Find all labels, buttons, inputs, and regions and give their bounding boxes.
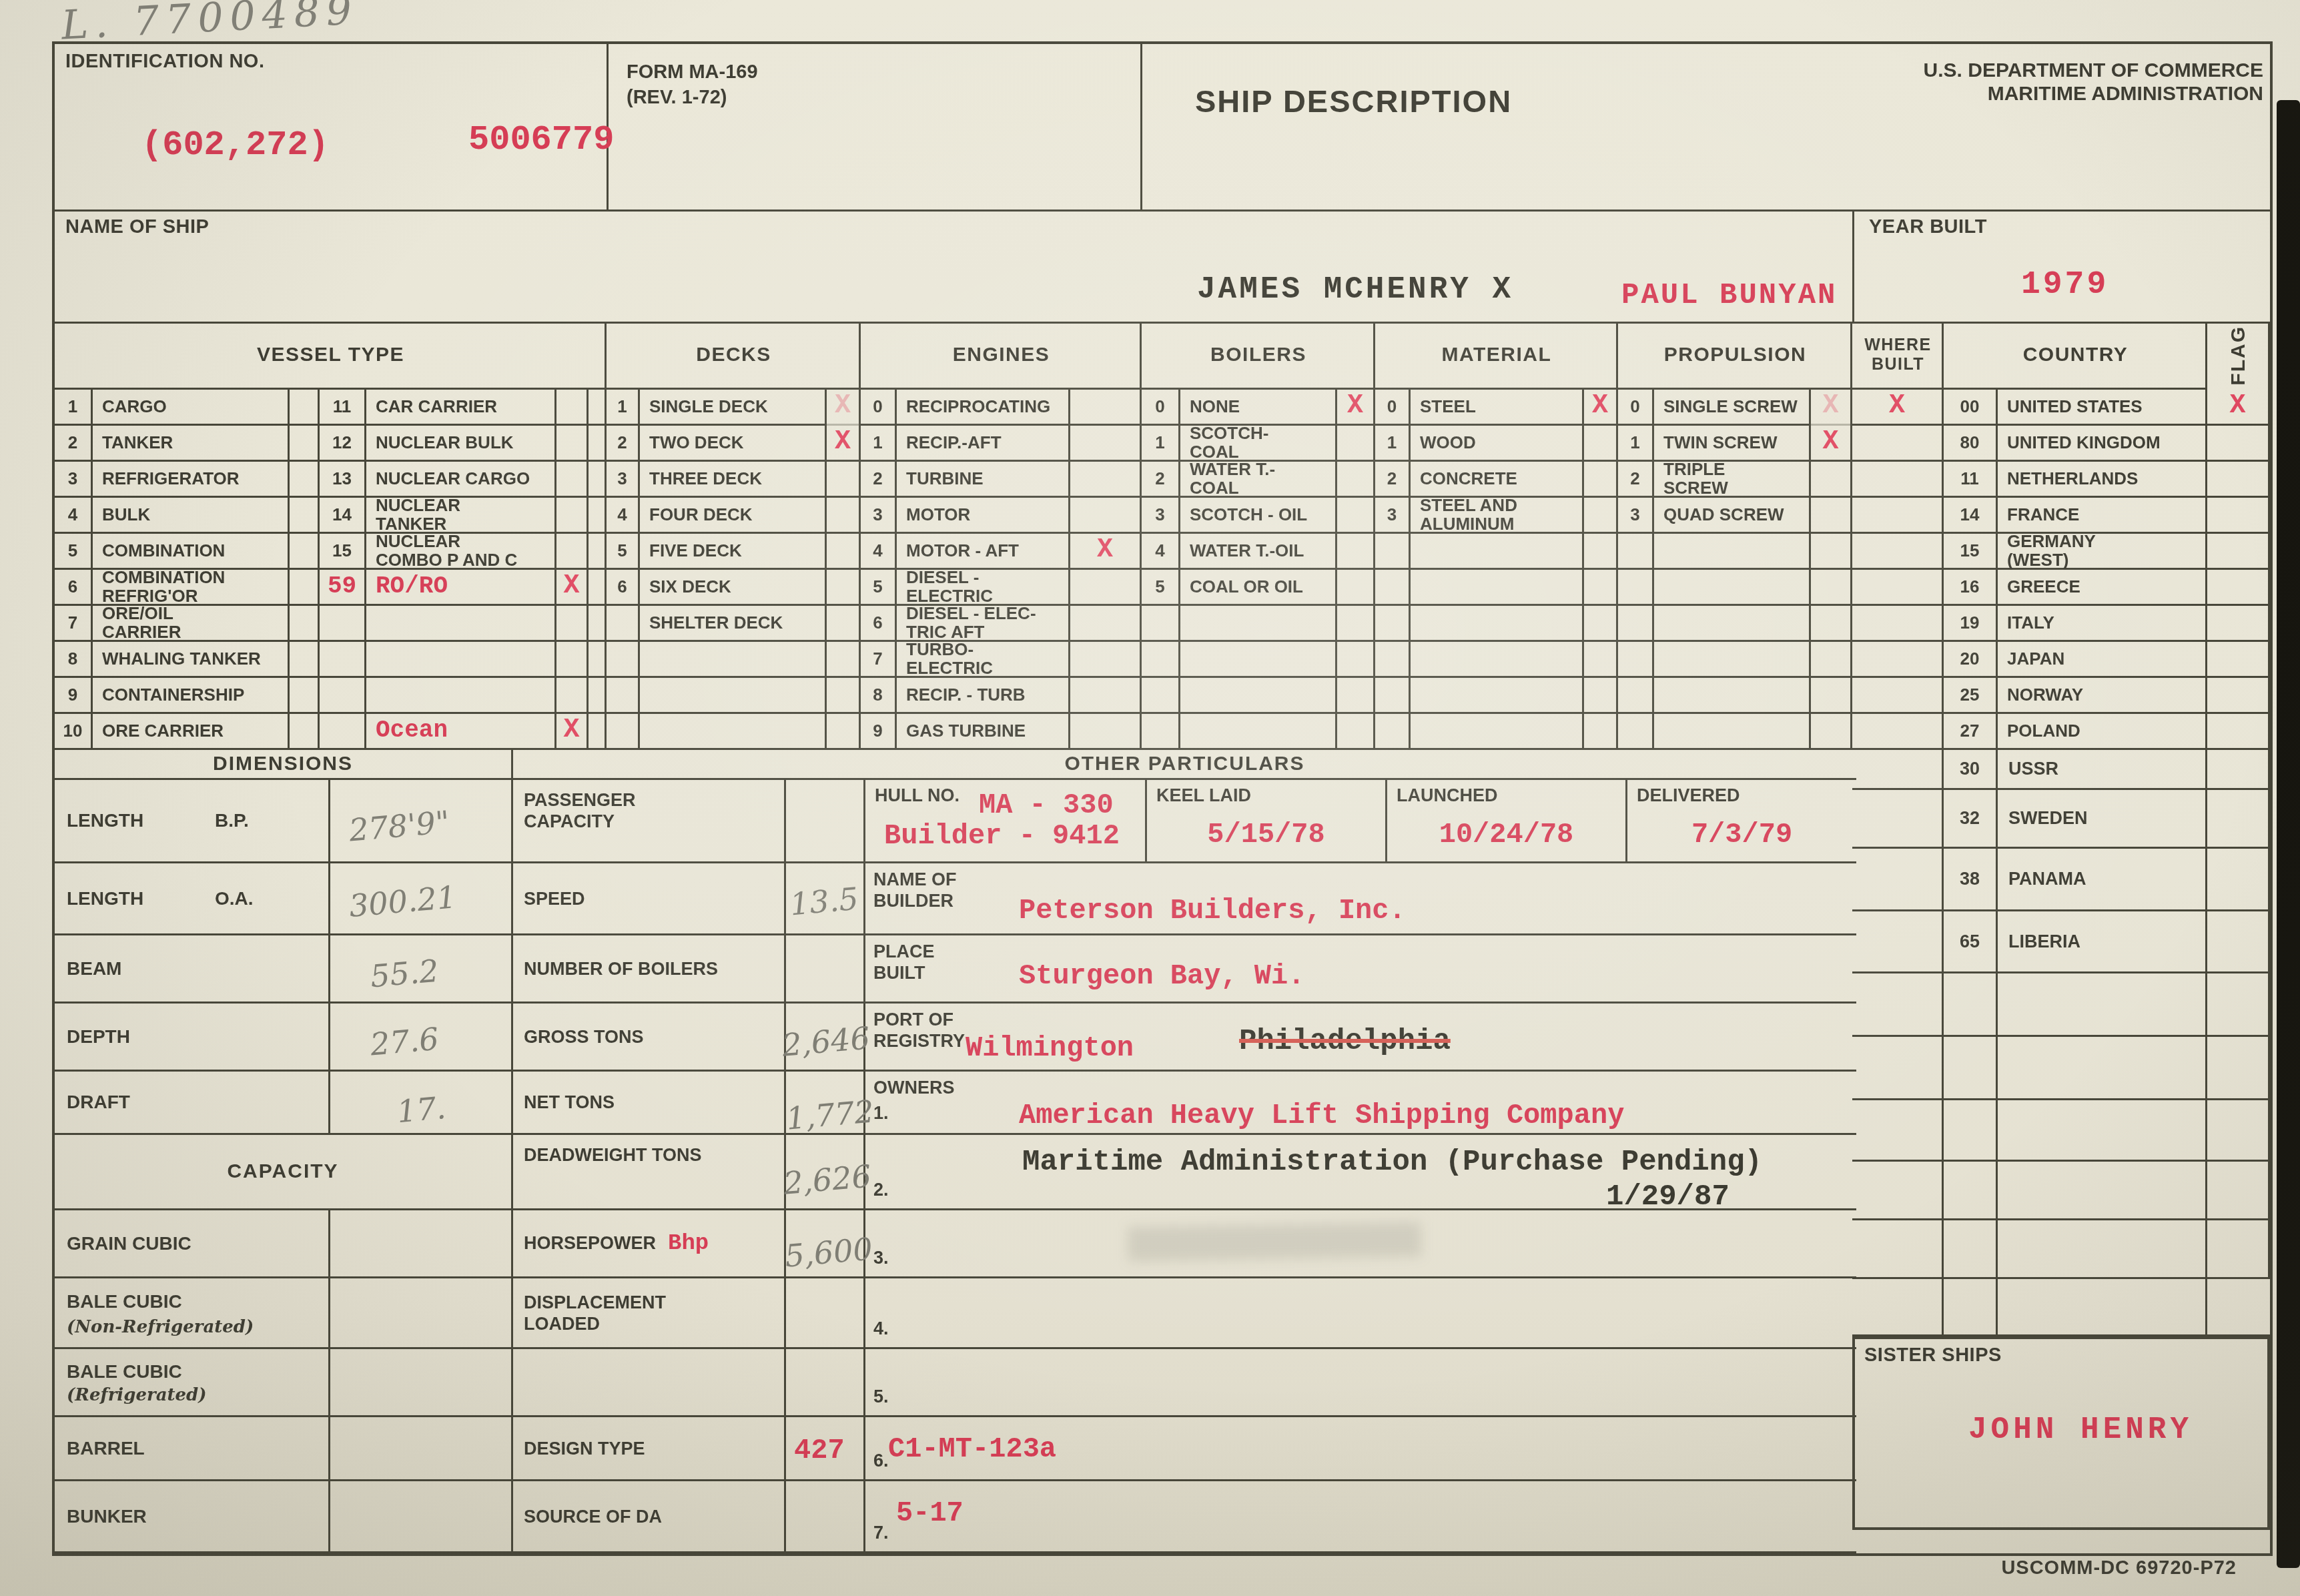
launched-label: LAUNCHED [1397,785,1498,806]
sister-ships-box: SISTER SHIPS JOHN HENRY [1852,1336,2270,1530]
table-cell-empty [1375,570,1411,606]
table-cell-empty [1375,714,1411,750]
delivered-cell: DELIVERED 7/3/79 [1627,780,1856,861]
horsepower-value-cell: 5,600 [786,1210,865,1278]
ship-description-form: IDENTIFICATION NO. (602,272) 5006779 FOR… [52,41,2273,1556]
owner-6-cell: 6. C1-MT-123a [865,1417,1856,1481]
table-cell: CONCRETE [1411,462,1584,498]
table-cell-empty [1654,570,1811,606]
table-cell-empty [589,606,607,642]
table-cell: SINGLE SCREW [1654,390,1811,426]
table-cell-empty [1944,1220,1998,1279]
length-bp-value-cell: 278'9" [330,780,513,863]
owner-7-cell: 7. 5-17 [865,1481,1856,1553]
launched-value: 10/24/78 [1439,819,1574,851]
table-cell-empty [1142,606,1180,642]
table-cell: UNITED STATES [1998,390,2207,426]
table-cell-empty [1337,642,1375,678]
design-type-label: DESIGN TYPE [524,1437,645,1459]
depth-value-cell: 27.6 [330,1004,513,1072]
table-cell-empty [320,714,366,750]
table-cell: FIVE DECK [640,534,827,570]
table-cell-empty [1852,498,1944,534]
owner-2-value: Maritime Administration (Purchase Pendin… [1022,1146,1762,1179]
table-cell-empty [1618,606,1654,642]
barrel-value-cell [330,1417,513,1481]
table-cell: USSR [1998,750,2207,790]
dimensions-header: DIMENSIONS [55,750,513,780]
table-cell: TWIN SCREW [1654,426,1811,462]
section-engines: ENGINES0RECIPROCATING1RECIP.-AFT2TURBINE… [861,322,1142,750]
table-cell: 4 [607,498,640,534]
table-cell: NORWAY [1998,678,2207,714]
column-header-whereBuilt: WHERE BUILT [1852,322,1944,390]
table-cell-empty [1337,606,1375,642]
hull-no-value-2: Builder - 9412 [884,820,1120,852]
column-header-country: COUNTRY [1944,322,2207,390]
table-cell-empty [607,642,640,678]
table-cell-empty [2207,1220,2270,1279]
table-cell-empty [1070,678,1142,714]
table-cell: NUCLEAR TANKER [366,498,556,534]
table-cell: FOUR DECK [640,498,827,534]
table-cell-empty [1852,606,1944,642]
section-flag: FLAGx [2207,322,2270,750]
table-cell-empty [290,570,320,606]
table-cell-empty [1654,606,1811,642]
table-cell-empty [366,642,556,678]
table-cell-empty [556,462,589,498]
table-cell: 25 [1944,678,1998,714]
length-bp-sub: B.P. [215,810,249,831]
blank-mid-cell [513,1349,786,1417]
sister-ships-label: SISTER SHIPS [1864,1344,2002,1366]
table-cell-empty [1411,534,1584,570]
table-cell-empty [556,390,589,426]
table-cell-empty [2207,1279,2270,1336]
table-cell: NUCLEAR COMBO P AND C [366,534,556,570]
table-cell-empty [556,498,589,534]
table-cell: WOOD [1411,426,1584,462]
table-cell-empty [1070,570,1142,606]
table-cell-empty [1618,678,1654,714]
table-cell: 11 [320,390,366,426]
table-cell-empty [589,678,607,714]
table-cell: BULK [93,498,290,534]
section-material: MATERIAL0STEELx1WOOD2CONCRETE3STEEL AND … [1375,322,1618,750]
table-cell: 5 [861,570,897,606]
check-mark-x: x [1852,390,1944,426]
table-cell-empty [1618,642,1654,678]
deadweight-tons-cell: DEADWEIGHT TONS [513,1135,786,1210]
table-cell-empty [2207,426,2270,462]
table-cell-empty [290,498,320,534]
check-mark-x: x [827,426,861,462]
table-cell-empty [827,642,861,678]
table-cell: 6 [55,570,93,606]
table-cell: QUAD SCREW [1654,498,1811,534]
port-of-registry-cell: PORT OF REGISTRY Wilmington Philadelphia [865,1004,1856,1072]
table-cell: 6 [861,606,897,642]
table-cell-empty [589,426,607,462]
table-cell-empty [1852,973,1944,1037]
table-cell-empty [290,462,320,498]
draft-label: DRAFT [67,1092,130,1113]
scanned-form-paper: L. 7700489 IDENTIFICATION NO. (602,272) … [0,0,2300,1596]
table-cell: DIESEL - ELECTRIC [897,570,1070,606]
horsepower-label-text: HORSEPOWER [524,1232,656,1252]
table-cell-empty [1852,750,1944,790]
table-cell-empty [1375,642,1411,678]
table-cell-empty [607,678,640,714]
owner-5-cell: 5. [865,1349,1856,1417]
number-of-boilers-value-cell [786,935,865,1004]
bale-cubic-nr-value-cell [330,1278,513,1349]
number-of-boilers-cell: NUMBER OF BOILERS [513,935,786,1004]
bale-cubic-nr-cell: BALE CUBIC (Non-Refrigerated) [55,1278,330,1349]
table-cell-empty [1584,534,1618,570]
horsepower-unit: Bhp [668,1230,709,1256]
table-cell-empty [607,606,640,642]
table-cell: TURBINE [897,462,1070,498]
table-cell-empty [589,390,607,426]
form-number-box: FORM MA-169 (REV. 1-72) [607,44,1142,212]
name-of-ship-label: NAME OF SHIP [65,216,209,238]
bale-cubic-nr-sub: (Non-Refrigerated) [67,1317,254,1337]
table-cell: 1 [861,426,897,462]
table-cell-empty [1998,1100,2207,1162]
table-cell-empty [1811,570,1852,606]
check-mark-x: x [1070,534,1142,570]
table-cell-empty [1852,790,1944,849]
horsepower-label: HORSEPOWERBhp [524,1230,709,1257]
section-propulsion: PROPULSION0SINGLE SCREWx1TWIN SCREWx2TRI… [1618,322,1852,750]
table-cell-empty [827,678,861,714]
table-cell-empty [1618,534,1654,570]
table-cell-empty [1411,714,1584,750]
owners-label: OWNERS [873,1077,955,1098]
table-cell: POLAND [1998,714,2207,750]
delivered-value: 7/3/79 [1691,819,1792,851]
section-vessel: VESSEL TYPE1CARGO11CAR CARRIER2TANKER12N… [55,322,607,750]
table-cell: THREE DECK [640,462,827,498]
table-cell-empty [1375,534,1411,570]
speed-value-cell: 13.5 [786,863,865,935]
table-cell: WHALING TANKER [93,642,290,678]
keel-laid-label: KEEL LAID [1156,785,1251,806]
table-cell: 1 [1142,426,1180,462]
scan-edge [2277,100,2300,1568]
table-cell: 11 [1944,462,1998,498]
table-cell-empty [1584,678,1618,714]
table-cell-empty [1070,426,1142,462]
table-cell-empty [1811,534,1852,570]
table-cell-empty [1180,606,1337,642]
table-cell: 14 [320,498,366,534]
table-cell-empty [827,498,861,534]
launched-cell: LAUNCHED 10/24/78 [1387,780,1627,861]
number-of-boilers-label: NUMBER OF BOILERS [524,957,718,979]
displacement-loaded-value-cell [786,1278,865,1349]
table-cell: ORE CARRIER [93,714,290,750]
table-cell-empty [1180,714,1337,750]
table-cell: NONE [1180,390,1337,426]
table-cell-empty [1070,498,1142,534]
table-cell-empty [589,642,607,678]
agency-name: U.S. DEPARTMENT OF COMMERCE MARITIME ADM… [1924,59,2263,106]
owner-1-number: 1. [873,1102,889,1124]
net-tons-value-cell: 1,772 [786,1072,865,1135]
table-cell-empty [1811,462,1852,498]
table-cell: TURBO- ELECTRIC [897,642,1070,678]
table-cell: CONTAINERSHIP [93,678,290,714]
table-cell: 65 [1944,911,1998,973]
scan-smudge [1128,1222,1422,1262]
table-cell: NUCLEAR BULK [366,426,556,462]
table-cell: 8 [861,678,897,714]
table-cell-empty [1852,911,1944,973]
table-cell-empty [1852,849,1944,911]
table-cell: 7 [55,606,93,642]
section-country: COUNTRY00UNITED STATES80UNITED KINGDOM11… [1944,322,2207,750]
bale-cubic-r-value-cell [330,1349,513,1417]
table-cell-empty [1944,1279,1998,1336]
table-cell-empty [2207,534,2270,570]
delivered-label: DELIVERED [1637,785,1740,806]
bale-cubic-r-label: BALE CUBIC [67,1361,182,1382]
length-bp-label: LENGTH [67,810,143,831]
table-cell: 1 [1375,426,1411,462]
keel-laid-value: 5/15/78 [1207,819,1324,851]
table-cell: 5 [607,534,640,570]
place-built-value: Sturgeon Bay, Wi. [1019,960,1304,992]
table-cell-empty [1618,714,1654,750]
keel-laid-cell: KEEL LAID 5/15/78 [1147,780,1387,861]
table-cell: REFRIGERATOR [93,462,290,498]
table-cell: ITALY [1998,606,2207,642]
table-cell-empty [556,606,589,642]
table-cell: 4 [1142,534,1180,570]
grain-cubic-cell: GRAIN CUBIC [55,1210,330,1278]
table-cell: 30 [1944,750,1998,790]
table-cell: GERMANY (WEST) [1998,534,2207,570]
form-number: FORM MA-169 [627,61,758,83]
table-cell-empty [640,714,827,750]
table-cell-empty [2207,1162,2270,1220]
name-of-builder-value: Peterson Builders, Inc. [1019,895,1406,927]
table-cell-empty [1337,426,1375,462]
identification-value-2: 5006779 [468,120,614,159]
table-cell: 15 [320,534,366,570]
table-cell: 3 [1375,498,1411,534]
table-cell-empty [1584,498,1618,534]
table-cell: WATER T.- COAL [1180,462,1337,498]
table-cell: 8 [55,642,93,678]
table-cell-empty [1337,498,1375,534]
table-cell: COAL OR OIL [1180,570,1337,606]
table-cell: 00 [1944,390,1998,426]
table-cell: 1 [607,390,640,426]
hull-no-cell: HULL NO. MA - 330 Builder - 9412 [865,780,1147,861]
depth-label: DEPTH [67,1026,130,1048]
form-title: SHIP DESCRIPTION [1195,83,1512,119]
table-cell-empty [589,714,607,750]
agency-line-1: U.S. DEPARTMENT OF COMMERCE [1924,59,2263,82]
table-cell: TRIPLE SCREW [1654,462,1811,498]
design-type-code-2: C1-MT-123a [888,1433,1056,1465]
column-header-propulsion: PROPULSION [1618,322,1852,390]
table-cell-empty [1852,426,1944,462]
table-cell-empty [1337,462,1375,498]
net-tons-value: 1,772 [785,1093,875,1136]
table-cell-empty [1852,534,1944,570]
table-cell: 0 [1375,390,1411,426]
owner-4-cell: 4. [865,1278,1856,1349]
table-cell-empty [1375,678,1411,714]
depth-cell: DEPTH [55,1004,330,1072]
check-mark-x: x [827,390,861,426]
table-cell-empty [1142,714,1180,750]
table-cell-empty [1654,534,1811,570]
table-cell: MOTOR - AFT [897,534,1070,570]
table-cell-empty [1337,534,1375,570]
passenger-capacity-cell: PASSENGER CAPACITY [513,780,786,863]
table-cell-empty [366,678,556,714]
form-print-code: USCOMM-DC 69720-P72 [1970,1557,2237,1579]
table-cell-empty [1180,642,1337,678]
table-cell-empty [290,426,320,462]
table-cell: 4 [55,498,93,534]
table-cell-empty [1944,973,1998,1037]
table-cell-empty [556,642,589,678]
owner-2-date: 1/29/87 [1606,1180,1730,1214]
table-cell: 13 [320,462,366,498]
table-cell: DIESEL - ELEC- TRIC AFT [897,606,1070,642]
table-cell-empty [2207,911,2270,973]
bunker-value-cell [330,1481,513,1553]
table-cell-empty [2207,606,2270,642]
table-cell: UNITED KINGDOM [1998,426,2207,462]
ship-name-red: PAUL BUNYAN [1621,279,1837,312]
table-cell-empty [1811,714,1852,750]
table-cell: MOTOR [897,498,1070,534]
deadweight-tons-label: DEADWEIGHT TONS [524,1144,702,1166]
table-cell-empty [1584,462,1618,498]
table-cell: CARGO [93,390,290,426]
column-header-flag: FLAG [2227,326,2250,386]
table-cell-empty [607,714,640,750]
table-cell: COMBINATION [93,534,290,570]
gross-tons-label: GROSS TONS [524,1026,644,1047]
port-of-registry-value: Wilmington [966,1032,1134,1064]
table-cell-empty [827,570,861,606]
bale-cubic-r-cell: BALE CUBIC (Refrigerated) [55,1349,330,1417]
table-cell-empty [2207,570,2270,606]
table-cell: WATER T.-OIL [1180,534,1337,570]
length-bp-cell: LENGTH B.P. [55,780,330,863]
table-cell-empty [1998,1037,2207,1100]
depth-value: 27.6 [369,1021,440,1063]
table-cell-empty [1654,678,1811,714]
table-cell: NUCLEAR CARGO [366,462,556,498]
table-cell-empty [1852,714,1944,750]
source-of-data-label: SOURCE OF DA [524,1505,662,1527]
speed-cell: SPEED [513,863,786,935]
table-cell-empty [290,714,320,750]
passenger-capacity-label: PASSENGER CAPACITY [524,789,636,833]
table-cell: 19 [1944,606,1998,642]
dimensions-particulars-table: DIMENSIONS OTHER PARTICULARS LENGTH B.P.… [55,750,1856,1553]
table-cell: Ocean [366,714,556,750]
table-cell-empty [1654,642,1811,678]
table-cell: 0 [861,390,897,426]
table-cell: 20 [1944,642,1998,678]
owner-4-number: 4. [873,1318,889,1339]
horsepower-cell: HORSEPOWERBhp [513,1210,786,1278]
draft-value: 17. [396,1090,448,1130]
port-of-registry-label: PORT OF REGISTRY [873,1009,965,1052]
table-cell-empty [827,534,861,570]
table-cell: 10 [55,714,93,750]
horsepower-value: 5,600 [783,1230,874,1274]
table-cell: SWEDEN [1998,790,2207,849]
table-cell-empty [1944,1100,1998,1162]
table-cell-empty [1142,678,1180,714]
table-cell-empty [556,534,589,570]
draft-cell: DRAFT [55,1072,330,1135]
source-of-data-gap-cell [786,1481,865,1553]
table-cell: 2 [607,426,640,462]
gross-tons-value: 2,646 [781,1020,871,1063]
table-cell-empty [1998,1162,2207,1220]
net-tons-cell: NET TONS [513,1072,786,1135]
table-cell-empty [1584,570,1618,606]
check-mark-x: x [556,714,589,750]
table-cell: RECIP. - TURB [897,678,1070,714]
table-cell-empty [1998,1220,2207,1279]
table-cell-empty [1584,714,1618,750]
length-oa-sub: O.A. [215,888,254,909]
barrel-label: BARREL [67,1438,145,1459]
section-whereBuilt: WHERE BUILTx [1852,322,1944,750]
table-cell-empty [556,426,589,462]
table-cell: 9 [55,678,93,714]
table-cell-empty [1852,1220,1944,1279]
table-cell: 3 [1618,498,1654,534]
identification-value-1: (602,272) [141,125,329,165]
table-cell-empty [1618,570,1654,606]
table-cell: 0 [1618,390,1654,426]
beam-label: BEAM [67,958,121,979]
owners-cell: OWNERS 1. American Heavy Lift Shipping C… [865,1072,1856,1135]
table-cell: SCOTCH- COAL [1180,426,1337,462]
table-cell: 6 [607,570,640,606]
table-cell-empty [827,714,861,750]
table-cell-empty [1411,606,1584,642]
port-of-registry-struck-value: Philadelphia [1239,1025,1451,1058]
table-cell-empty [1811,642,1852,678]
table-cell: 12 [320,426,366,462]
check-mark-x: x [1584,390,1618,426]
column-header-vessel: VESSEL TYPE [55,322,607,390]
table-cell-empty [1811,678,1852,714]
table-cell-empty [366,606,556,642]
capacity-header: CAPACITY [55,1135,513,1210]
section-decks: DECKS1SINGLE DECKx2TWO DECKx3THREE DECK4… [607,322,861,750]
owner-6-number: 6. [873,1451,889,1471]
table-cell: 3 [55,462,93,498]
table-cell-empty [1337,714,1375,750]
